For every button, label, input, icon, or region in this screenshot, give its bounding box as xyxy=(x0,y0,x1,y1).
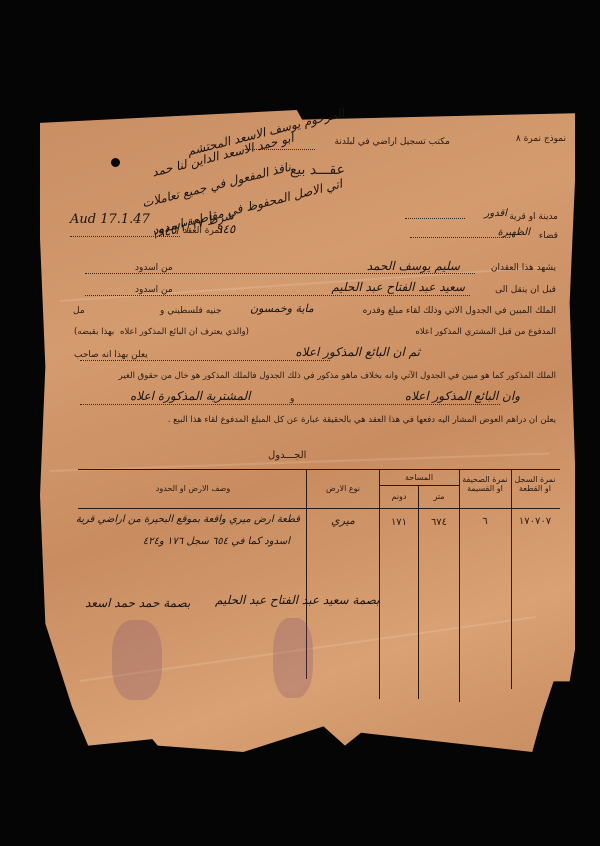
row-dunum: ١٧١ xyxy=(380,517,418,528)
body-line-5-end: يعلن بهذا انه صاحب xyxy=(74,350,148,360)
header-description: وصف الارض او الحدود xyxy=(80,484,306,493)
office-name: مكتب تسجيل اراضي في لبلدنة xyxy=(335,137,450,147)
header-land-type: نوع الارض xyxy=(307,484,379,493)
column-divider xyxy=(379,469,380,699)
district-dotted-line xyxy=(410,237,510,238)
row-description: قطعة ارض ميري واقعة بموقع البحيرة من ارا… xyxy=(76,514,300,525)
body-line-8: يعلن ان دراهم العوض المشار اليه دفعها في… xyxy=(168,415,556,425)
contract-number-dotted-line xyxy=(70,236,180,237)
currency-label: جنيه فلسطيني و xyxy=(160,306,222,316)
column-divider xyxy=(511,469,512,689)
header-dunum: دونم xyxy=(380,492,418,501)
mil-label: مل xyxy=(73,306,85,316)
city-dotted-line xyxy=(405,218,465,219)
district-label: قضاء xyxy=(539,231,558,241)
seller-name: سليم يوسف الحمد xyxy=(367,259,460,273)
row-meter: ٦٧٤ xyxy=(419,517,459,528)
body-line-6: الملك المذكور كما هو مبين في الجدول الآت… xyxy=(119,371,556,381)
dotted-line xyxy=(80,404,500,405)
header-meter: متر xyxy=(419,492,459,501)
header-register: نمرة السجل او القطعة xyxy=(511,475,559,493)
row-page: ٦ xyxy=(460,516,510,527)
body-line-1-prefix: يشهد هذا العقدان xyxy=(491,263,556,273)
column-divider xyxy=(459,469,460,702)
thumbprint-stamp xyxy=(112,620,162,700)
body-line-2-suffix: من اسدود xyxy=(135,285,173,295)
contract-title: عقـــد بيع xyxy=(290,162,345,178)
dotted-line xyxy=(85,273,475,274)
area-sub-divider xyxy=(379,485,459,486)
body-line-5-prefix: ثم ان البائع المذكور اعلاه xyxy=(295,345,420,359)
table-title: الجـــدول xyxy=(268,450,306,461)
body-line-7-mid: و xyxy=(290,394,294,404)
header-area: المساحة xyxy=(380,473,458,482)
row-land-type: ميري xyxy=(307,514,379,527)
form-number: نموذج نمرة ٨ xyxy=(516,134,566,144)
dotted-line xyxy=(85,295,470,296)
row-register: ١٧٠٧٠٧ xyxy=(511,516,559,527)
thumbprint-stamp xyxy=(273,618,313,698)
margin-note: Aud 17.1.47 xyxy=(70,212,150,227)
seller-signature: بصمة سعيد عبد الفتاح عبد الحليم xyxy=(215,593,380,607)
city-label: مدينة او قرية xyxy=(509,212,558,222)
body-line-7-end: المشترية المذكورة اعلاه xyxy=(130,389,250,403)
body-line-2-prefix: قبل ان ينقل الى xyxy=(495,285,556,295)
row-description-line-2: اسدود كما في ٦٥٤ سجل ١٧٦ و٤٢٤ xyxy=(143,536,290,547)
body-line-1-suffix: من اسدود xyxy=(135,263,173,273)
table-header-border xyxy=(78,508,560,509)
buyer-name: سعيد عبد الفتاح عبد الحليم xyxy=(331,280,465,294)
dotted-line xyxy=(80,360,330,361)
body-line-4-end: بهذا بقبضه) xyxy=(74,327,114,337)
buyer-signature: بصمة حمد حمد اسعد xyxy=(85,596,190,610)
city-value: اقدور xyxy=(485,208,507,219)
header-page: نمرة الصحيفة او القسيمة xyxy=(460,475,510,493)
body-line-4-prefix: المدفوع من قبل المشتري المذكور اعلاه xyxy=(415,327,556,337)
body-line-4-mid: (والذي يعترف ان البائع المذكور اعلاه xyxy=(120,327,249,337)
punch-hole xyxy=(111,158,120,167)
body-line-3: الملك المبين في الجدول الاتي وذلك لقاء م… xyxy=(363,306,556,316)
table-top-border xyxy=(78,469,560,470)
amount-value: ماية وخمسون xyxy=(250,302,314,315)
body-line-7-prefix: وان البائع المذكور اعلاه xyxy=(405,389,520,403)
contract-number-value: ٩٤٥ xyxy=(216,222,235,236)
